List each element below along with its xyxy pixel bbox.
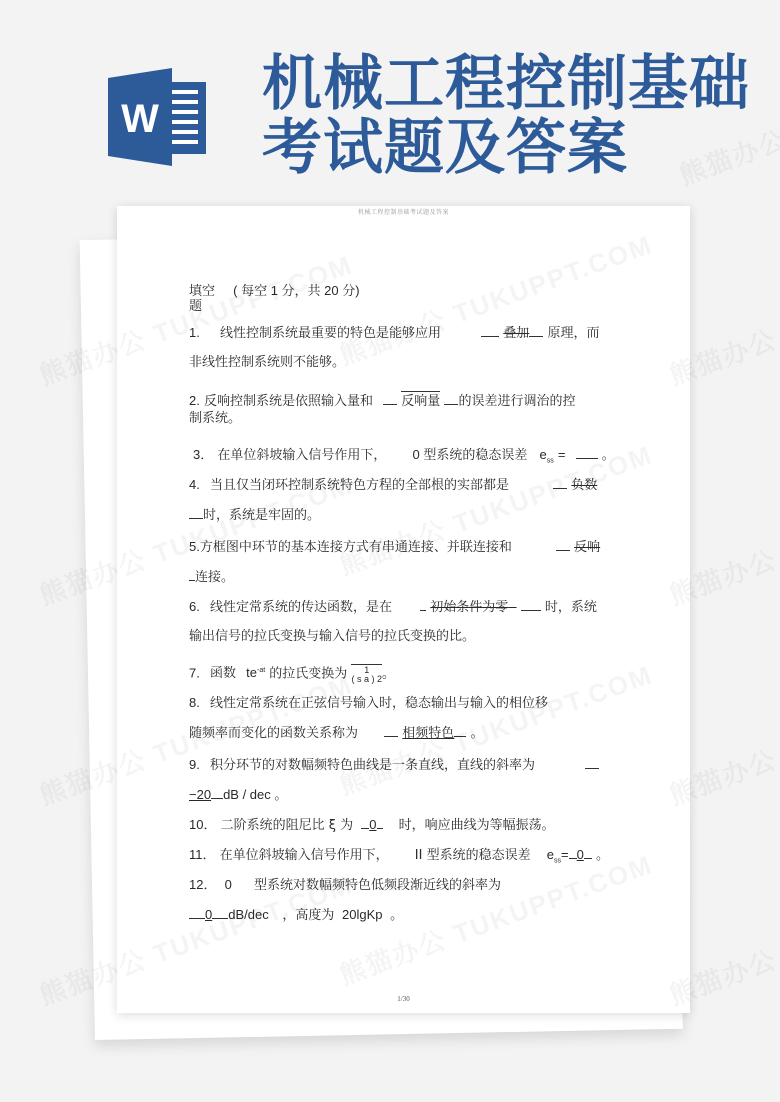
answer-2: 反响量: [401, 391, 440, 409]
document-title: 机械工程控制基础 考试题及答案: [262, 52, 750, 180]
question-7: 7. 函数 te-at 的拉氏变换为 1 ( s a ) 2 。: [189, 662, 395, 684]
question-11: 11． 在单位斜坡输入信号作用下， II 型系统的稳态误差 ess=0 。: [189, 846, 609, 871]
word-icon: W: [108, 68, 208, 166]
answer-1: 叠加: [503, 326, 529, 341]
question-9: 9. 积分环节的对数幅频特色曲线是一条直线，直线的斜率为: [189, 756, 599, 775]
question-10: 10． 二阶系统的阻尼比 ξ 为 0 时，响应曲线为等幅振荡。: [189, 816, 555, 835]
question-12: 12． 0 型系统对数幅频特色低频段渐近线的斜率为: [189, 876, 501, 895]
question-1: 1. 线性控制系统最重要的特色是能够应用 叠加 原理，而: [189, 324, 599, 343]
document-page: 机械工程控制基础考试题及答案 填空 ( 每空 1 分，共 20 分) 题 1. …: [117, 206, 690, 1013]
answer-7: 1 ( s a ) 2: [351, 664, 382, 684]
question-6: 6. 线性定常系统的传达函数，是在 初始条件为零 时，系统: [189, 598, 597, 617]
question-8: 8. 线性定常系统在正弦信号输入时，稳态输出与输入的相位移: [189, 694, 548, 713]
title-line-1: 机械工程控制基础: [262, 52, 750, 116]
answer-9: −20: [189, 787, 211, 802]
answer-5: 反响: [574, 540, 600, 555]
answer-3: [576, 446, 598, 459]
running-header: 机械工程控制基础考试题及答案: [117, 207, 690, 216]
answer-10: 0: [369, 817, 376, 832]
scoring-note: ( 每空 1 分，共 20 分): [233, 283, 359, 298]
answer-8: 相频特色: [402, 726, 454, 741]
question-5: 5.方框图中环节的基本连接方式有串通连接、并联连接和 反响: [189, 538, 600, 557]
answer-4: 负数: [571, 478, 597, 493]
word-icon-letter: W: [121, 97, 159, 141]
answer-11: 0: [577, 847, 584, 862]
answer-6: 初始条件为零: [430, 600, 508, 615]
section-heading: 填空 ( 每空 1 分，共 20 分): [189, 282, 360, 301]
question-4: 4. 当且仅当闭环控制系统特色方程的全部根的实部都是 负数: [189, 476, 597, 495]
answer-12: 0: [205, 907, 212, 922]
question-3: 3． 在单位斜坡输入信号作用下， 0 型系统的稳态误差 ess = 。: [189, 446, 615, 471]
page-number: 1/30: [117, 995, 690, 1003]
question-2: 2. 反响控制系统是依照输入量和 反响量 的误差进行调治的控: [189, 392, 575, 411]
title-line-2: 考试题及答案: [262, 116, 750, 180]
section-heading-cont: 题: [189, 298, 202, 316]
